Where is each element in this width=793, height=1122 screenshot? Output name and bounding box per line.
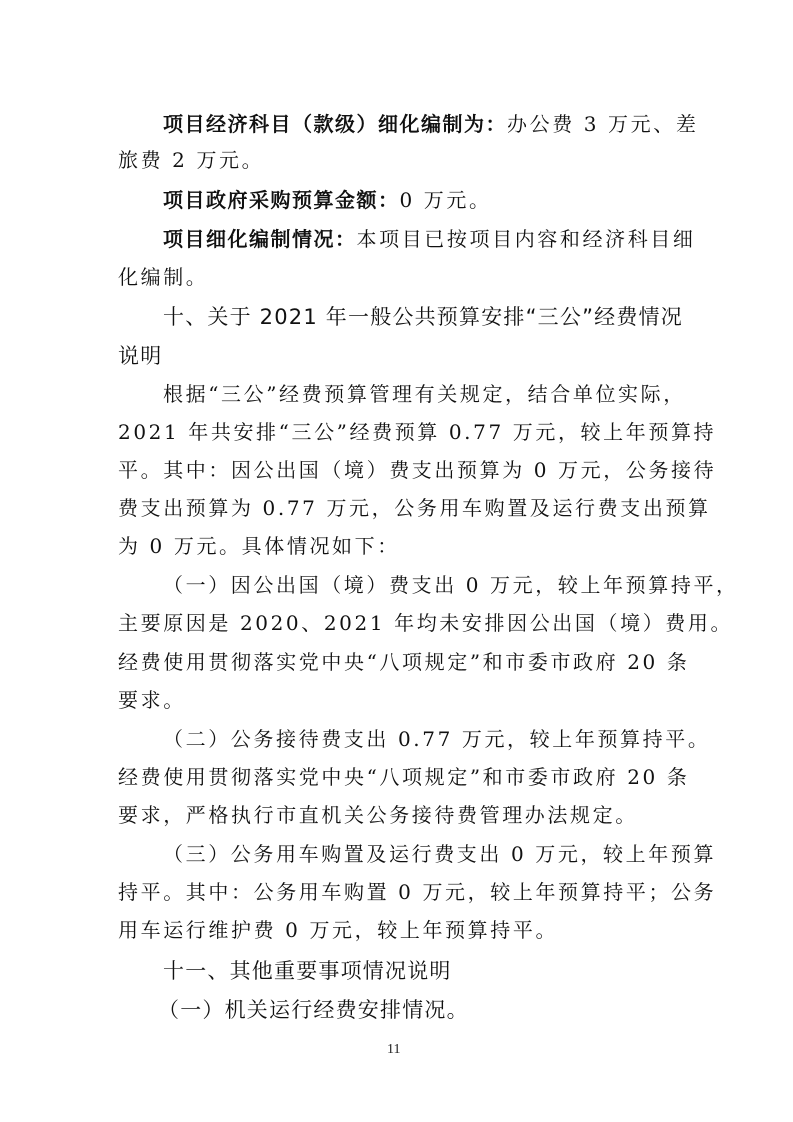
bold-label: 项目细化编制情况： — [163, 227, 357, 251]
paragraph-line: 经费使用贯彻落实党中央“八项规定”和市委市政府 20 条 — [118, 763, 689, 791]
paragraph-line: 费支出预算为 0.77 万元，公务用车购置及运行费支出预算 — [118, 494, 711, 522]
section-heading: 十一、其他重要事项情况说明 — [163, 957, 452, 985]
paragraph-line: 用车运行维护费 0 万元，较上年预算持平。 — [118, 916, 558, 944]
paragraph-line: 要求。 — [118, 686, 186, 714]
paragraph-line: 经费使用贯彻落实党中央“八项规定”和市委市政府 20 条 — [118, 648, 689, 676]
paragraph-line: 要求，严格执行市直机关公务接待费管理办法规定。 — [118, 801, 638, 829]
bold-label: 项目经济科目（款级）细化编制为： — [163, 112, 507, 136]
paragraph-line: 根据“三公”经费预算管理有关规定，结合单位实际， — [163, 380, 686, 408]
paragraph-line: 旅费 2 万元。 — [118, 146, 264, 174]
document-page: 项目经济科目（款级）细化编制为：办公费 3 万元、差 旅费 2 万元。 项目政府… — [0, 0, 793, 1122]
paragraph-line: 为 0 万元。具体情况如下： — [118, 532, 400, 560]
paragraph-line: （二）公务接待费支出 0.77 万元，较上年预算持平。 — [163, 725, 710, 753]
body-text: 0 万元。 — [400, 188, 492, 212]
paragraph-line: 项目政府采购预算金额：0 万元。 — [163, 186, 492, 214]
paragraph-line: 持平。其中：公务用车购置 0 万元，较上年预算持平；公务 — [118, 878, 716, 906]
paragraph-line: （一）因公出国（境）费支出 0 万元，较上年预算持平， — [163, 571, 739, 599]
paragraph-line: 平。其中：因公出国（境）费支出预算为 0 万元，公务接待 — [118, 456, 716, 484]
bold-label: 项目政府采购预算金额： — [163, 188, 400, 212]
body-text: 本项目已按项目内容和经济科目细 — [357, 227, 696, 251]
paragraph-line: 主要原因是 2020、2021 年均未安排因公出国（境）费用。 — [118, 609, 733, 637]
paragraph-line: 2021 年共安排“三公”经费预算 0.77 万元，较上年预算持 — [118, 418, 716, 446]
section-heading: 说明 — [118, 342, 162, 370]
paragraph-line: 化编制。 — [118, 263, 208, 291]
page-number: 11 — [387, 1042, 400, 1058]
paragraph-line: 项目经济科目（款级）细化编制为：办公费 3 万元、差 — [163, 110, 698, 138]
body-text: 办公费 3 万元、差 — [507, 112, 698, 136]
paragraph-line: （三）公务用车购置及运行费支出 0 万元，较上年预算 — [163, 840, 716, 868]
section-heading: （一）机关运行经费安排情况。 — [158, 996, 469, 1024]
section-heading: 十、关于 2021 年一般公共预算安排“三公”经费情况 — [163, 303, 683, 331]
paragraph-line: 项目细化编制情况：本项目已按项目内容和经济科目细 — [163, 225, 696, 253]
